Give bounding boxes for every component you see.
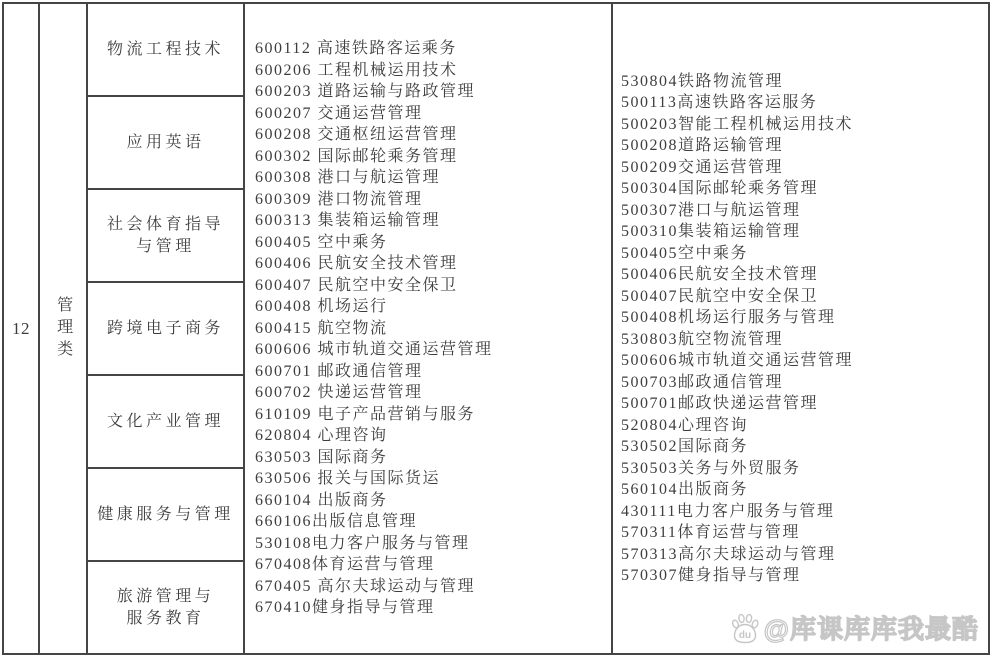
subcategory-label: 跨境电子商务 (107, 318, 224, 340)
subcategory-label: 健康服务与管理 (97, 504, 234, 526)
major-item: 600309 港口物流管理 (255, 189, 611, 211)
major-item: 610109 电子产品营销与服务 (255, 404, 611, 426)
major-item: 600308 港口与航运管理 (255, 167, 611, 189)
major-item: 560104出版商务 (621, 479, 988, 501)
old-majors-cell: 600112 高速铁路客运乘务600206 工程机械运用技术600203 道路运… (245, 4, 613, 653)
major-item: 630503 国际商务 (255, 447, 611, 469)
major-item: 670408体育运营与管理 (255, 554, 611, 576)
major-item: 670405 高尔夫球运动与管理 (255, 576, 611, 598)
major-item: 570311体育运营与管理 (621, 522, 988, 544)
major-item: 500113高速铁路客运服务 (621, 92, 988, 114)
category-cell: 管理类 (40, 4, 88, 653)
major-item: 600406 民航安全技术管理 (255, 253, 611, 275)
major-item: 500304国际邮轮乘务管理 (621, 178, 988, 200)
major-item: 600208 交通枢纽运营管理 (255, 124, 611, 146)
major-item: 600606 城市轨道交通运营管理 (255, 339, 611, 361)
major-item: 600206 工程机械运用技术 (255, 60, 611, 82)
major-item: 600407 民航空中安全保卫 (255, 275, 611, 297)
category-label: 管理类 (53, 296, 72, 362)
major-item: 500408机场运行服务与管理 (621, 307, 988, 329)
old-majors-list: 600112 高速铁路客运乘务600206 工程机械运用技术600203 道路运… (245, 38, 611, 619)
major-item: 600415 航空物流 (255, 318, 611, 340)
major-item: 500209交通运营管理 (621, 157, 988, 179)
subcategory-label: 社会体育指导 与管理 (107, 214, 224, 258)
subcategory-cell-cultural-industry: 文化产业管理 (88, 376, 243, 469)
new-majors-list: 530804铁路物流管理500113高速铁路客运服务500203智能工程机械运用… (613, 71, 988, 587)
major-item: 500307港口与航运管理 (621, 200, 988, 222)
major-item: 500310集装箱运输管理 (621, 221, 988, 243)
subcategory-cell-tourism-management: 旅游管理与 服务教育 (88, 562, 243, 653)
major-item: 620804 心理咨询 (255, 425, 611, 447)
major-item: 600203 道路运输与路政管理 (255, 81, 611, 103)
subcategory-label: 文化产业管理 (107, 411, 224, 433)
major-item: 630506 报关与国际货运 (255, 468, 611, 490)
major-item: 530108电力客户服务与管理 (255, 533, 611, 555)
row-number: 12 (12, 319, 30, 339)
major-item: 500406民航安全技术管理 (621, 264, 988, 286)
major-item: 500203智能工程机械运用技术 (621, 114, 988, 136)
major-item: 600702 快递运营管理 (255, 382, 611, 404)
major-item: 430111电力客户服务与管理 (621, 501, 988, 523)
major-item: 600405 空中乘务 (255, 232, 611, 254)
row-number-cell: 12 (4, 4, 40, 653)
major-item: 500208道路运输管理 (621, 135, 988, 157)
subcategory-label: 旅游管理与 服务教育 (117, 586, 215, 630)
major-item: 660104 出版商务 (255, 490, 611, 512)
major-item: 530804铁路物流管理 (621, 71, 988, 93)
major-item: 530502国际商务 (621, 436, 988, 458)
document-page: 12 管理类 物流工程技术 应用英语 社会体育指导 与管理 跨境电子商务 文化产… (0, 0, 993, 658)
subcategory-label: 物流工程技术 (107, 39, 224, 61)
major-item: 500407民航空中安全保卫 (621, 286, 988, 308)
subcategory-cell-cross-border-ecommerce: 跨境电子商务 (88, 283, 243, 376)
major-item: 600207 交通运营管理 (255, 103, 611, 125)
new-majors-cell: 530804铁路物流管理500113高速铁路客运服务500203智能工程机械运用… (613, 4, 988, 653)
major-item: 670410健身指导与管理 (255, 597, 611, 619)
subcategory-cell-applied-english: 应用英语 (88, 97, 243, 190)
major-item: 600112 高速铁路客运乘务 (255, 38, 611, 60)
major-item: 600302 国际邮轮乘务管理 (255, 146, 611, 168)
major-item: 500703邮政通信管理 (621, 372, 988, 394)
subcategory-cell-logistics-engineering: 物流工程技术 (88, 4, 243, 97)
major-item: 600313 集装箱运输管理 (255, 210, 611, 232)
major-item: 530503关务与外贸服务 (621, 458, 988, 480)
major-item: 500701邮政快递运营管理 (621, 393, 988, 415)
major-item: 530803航空物流管理 (621, 329, 988, 351)
major-item: 660106出版信息管理 (255, 511, 611, 533)
major-item: 600701 邮政通信管理 (255, 361, 611, 383)
major-item: 500606城市轨道交通运营管理 (621, 350, 988, 372)
subcategory-cell-social-sports: 社会体育指导 与管理 (88, 190, 243, 283)
major-item: 520804心理咨询 (621, 415, 988, 437)
subcategory-column: 物流工程技术 应用英语 社会体育指导 与管理 跨境电子商务 文化产业管理 健康服… (88, 4, 245, 653)
majors-table: 12 管理类 物流工程技术 应用英语 社会体育指导 与管理 跨境电子商务 文化产… (2, 2, 990, 655)
subcategory-cell-health-service: 健康服务与管理 (88, 469, 243, 562)
major-item: 500405空中乘务 (621, 243, 988, 265)
subcategory-label: 应用英语 (126, 132, 204, 154)
major-item: 570313高尔夫球运动与管理 (621, 544, 988, 566)
major-item: 570307健身指导与管理 (621, 565, 988, 587)
major-item: 600408 机场运行 (255, 296, 611, 318)
